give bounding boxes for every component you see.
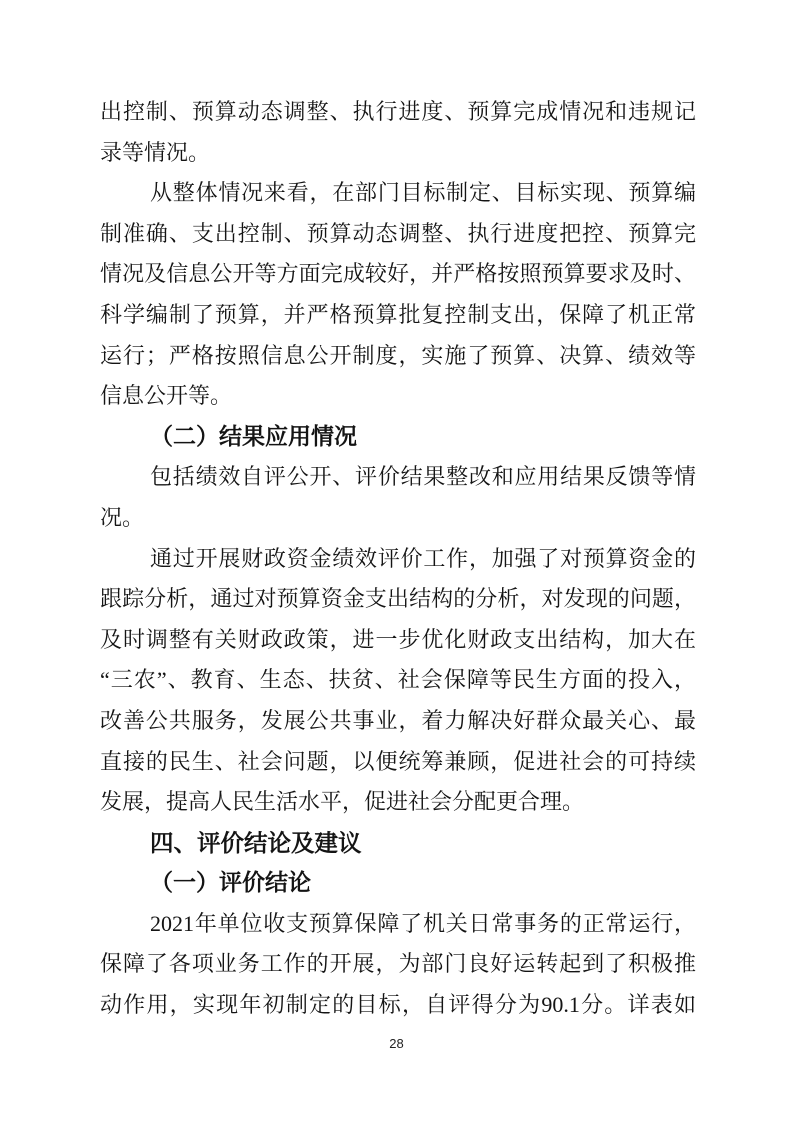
section-heading-4: 四、评价结论及建议: [100, 823, 696, 864]
body-line: “三农”、教育、生态、扶贫、社会保障等民生方面的投入，: [100, 660, 696, 701]
body-line: 发展，提高人民生活水平，促进社会分配更合理。: [100, 782, 696, 823]
page-number: 28: [0, 1036, 793, 1051]
body-line: 从整体情况来看，在部门目标制定、目标实现、预算编: [100, 173, 696, 214]
subsection-heading-1: （一）评价结论: [100, 863, 696, 904]
subsection-heading-2: （二）结果应用情况: [100, 417, 696, 458]
body-line: 通过开展财政资金绩效评价工作，加强了对预算资金的: [100, 539, 696, 580]
document-body: 出控制、预算动态调整、执行进度、预算完成情况和违规记 录等情况。 从整体情况来看…: [100, 92, 696, 1026]
body-line: 保障了各项业务工作的开展，为部门良好运转起到了积极推: [100, 944, 696, 985]
body-line: 情况及信息公开等方面完成较好，并严格按照预算要求及时、: [100, 254, 696, 295]
body-line: 跟踪分析，通过对预算资金支出结构的分析，对发现的问题，: [100, 579, 696, 620]
body-line: 直接的民生、社会问题，以便统筹兼顾，促进社会的可持续: [100, 742, 696, 783]
body-line: 制准确、支出控制、预算动态调整、执行进度把控、预算完: [100, 214, 696, 255]
body-line: 况。: [100, 498, 696, 539]
body-line: 信息公开等。: [100, 376, 696, 417]
body-line: 动作用，实现年初制定的目标，自评得分为90.1分。详表如: [100, 985, 696, 1026]
body-line: 改善公共服务，发展公共事业，着力解决好群众最关心、最: [100, 701, 696, 742]
body-line: 及时调整有关财政政策，进一步优化财政支出结构，加大在: [100, 620, 696, 661]
body-line: 2021年单位收支预算保障了机关日常事务的正常运行，: [100, 904, 696, 945]
body-line: 录等情况。: [100, 133, 696, 174]
body-line: 包括绩效自评公开、评价结果整改和应用结果反馈等情: [100, 457, 696, 498]
body-line: 运行；严格按照信息公开制度，实施了预算、决算、绩效等: [100, 336, 696, 377]
body-line: 出控制、预算动态调整、执行进度、预算完成情况和违规记: [100, 92, 696, 133]
body-line: 科学编制了预算，并严格预算批复控制支出，保障了机正常: [100, 295, 696, 336]
document-page: 出控制、预算动态调整、执行进度、预算完成情况和违规记 录等情况。 从整体情况来看…: [0, 0, 793, 1122]
